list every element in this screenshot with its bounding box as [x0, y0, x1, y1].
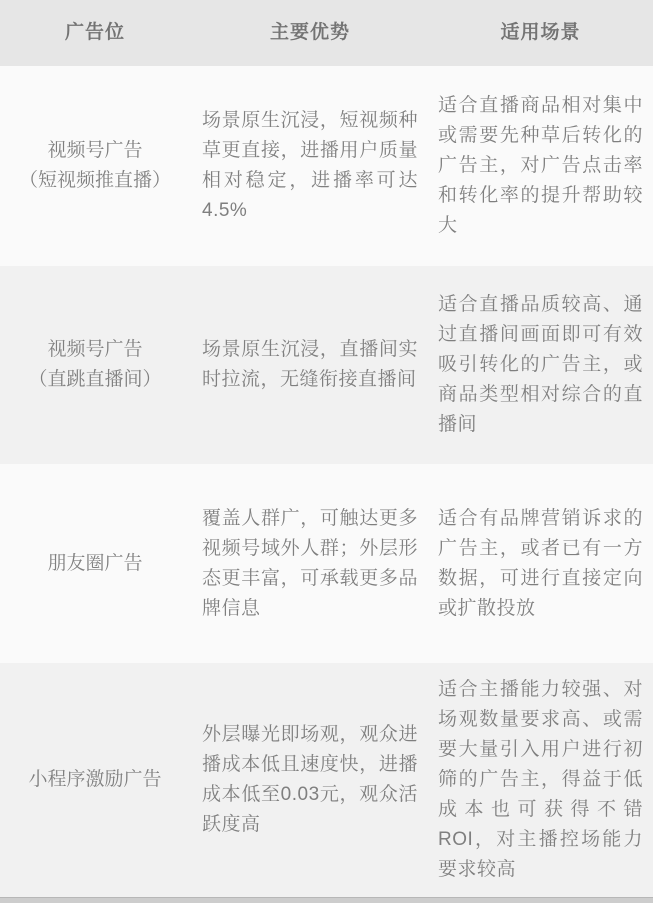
scenarios-cell: 适合直播品质较高、通过直播间画面即可有效吸引转化的广告主，或商品类型相对综合的直… — [430, 290, 653, 440]
ad-placement-table: 广告位 主要优势 适用场景 视频号广告 （短视频推直播） 场景原生沉浸，短视频种… — [0, 0, 653, 903]
placement-name: 朋友圈广告 — [0, 549, 190, 579]
placement-name: 小程序激励广告 — [0, 765, 190, 795]
advantages-cell: 场景原生沉浸，直播间实时拉流，无缝衔接直播间 — [190, 335, 430, 395]
table-row-video-account-short-video: 视频号广告 （短视频推直播） 场景原生沉浸，短视频种草更直接，进播用户质量相对稳… — [0, 66, 653, 266]
scenarios-cell: 适合直播商品相对集中或需要先种草后转化的广告主，对广告点击率和转化率的提升帮助较… — [430, 91, 653, 241]
placement-name: 视频号广告 （直跳直播间） — [0, 335, 190, 395]
advantages-cell: 场景原生沉浸，短视频种草更直接，进播用户质量相对稳定，进播率可达 4.5% — [190, 106, 430, 226]
scenarios-cell: 适合有品牌营销诉求的广告主，或者已有一方数据，可进行直接定向或扩散投放 — [430, 504, 653, 624]
header-advantages: 主要优势 — [190, 18, 430, 48]
bottom-divider — [0, 897, 653, 903]
advantages-cell: 外层曝光即场观，观众进播成本低且速度快，进播成本低至0.03元，观众活跃度高 — [190, 720, 430, 840]
header-placement: 广告位 — [0, 18, 190, 48]
table-row-moments-ad: 朋友圈广告 覆盖人群广，可触达更多视频号域外人群；外层形态更丰富，可承载更多品牌… — [0, 464, 653, 663]
table-row-video-account-direct-live: 视频号广告 （直跳直播间） 场景原生沉浸，直播间实时拉流，无缝衔接直播间 适合直… — [0, 266, 653, 464]
scenarios-cell: 适合主播能力较强、对场观数量要求高、或需要大量引入用户进行初筛的广告主，得益于低… — [430, 675, 653, 885]
advantages-cell: 覆盖人群广，可触达更多视频号域外人群；外层形态更丰富，可承载更多品牌信息 — [190, 504, 430, 624]
header-scenarios: 适用场景 — [430, 18, 653, 48]
placement-name: 视频号广告 （短视频推直播） — [0, 136, 190, 196]
table-header-row: 广告位 主要优势 适用场景 — [0, 0, 653, 66]
table-row-mini-program-incentive-ad: 小程序激励广告 外层曝光即场观，观众进播成本低且速度快，进播成本低至0.03元，… — [0, 663, 653, 897]
